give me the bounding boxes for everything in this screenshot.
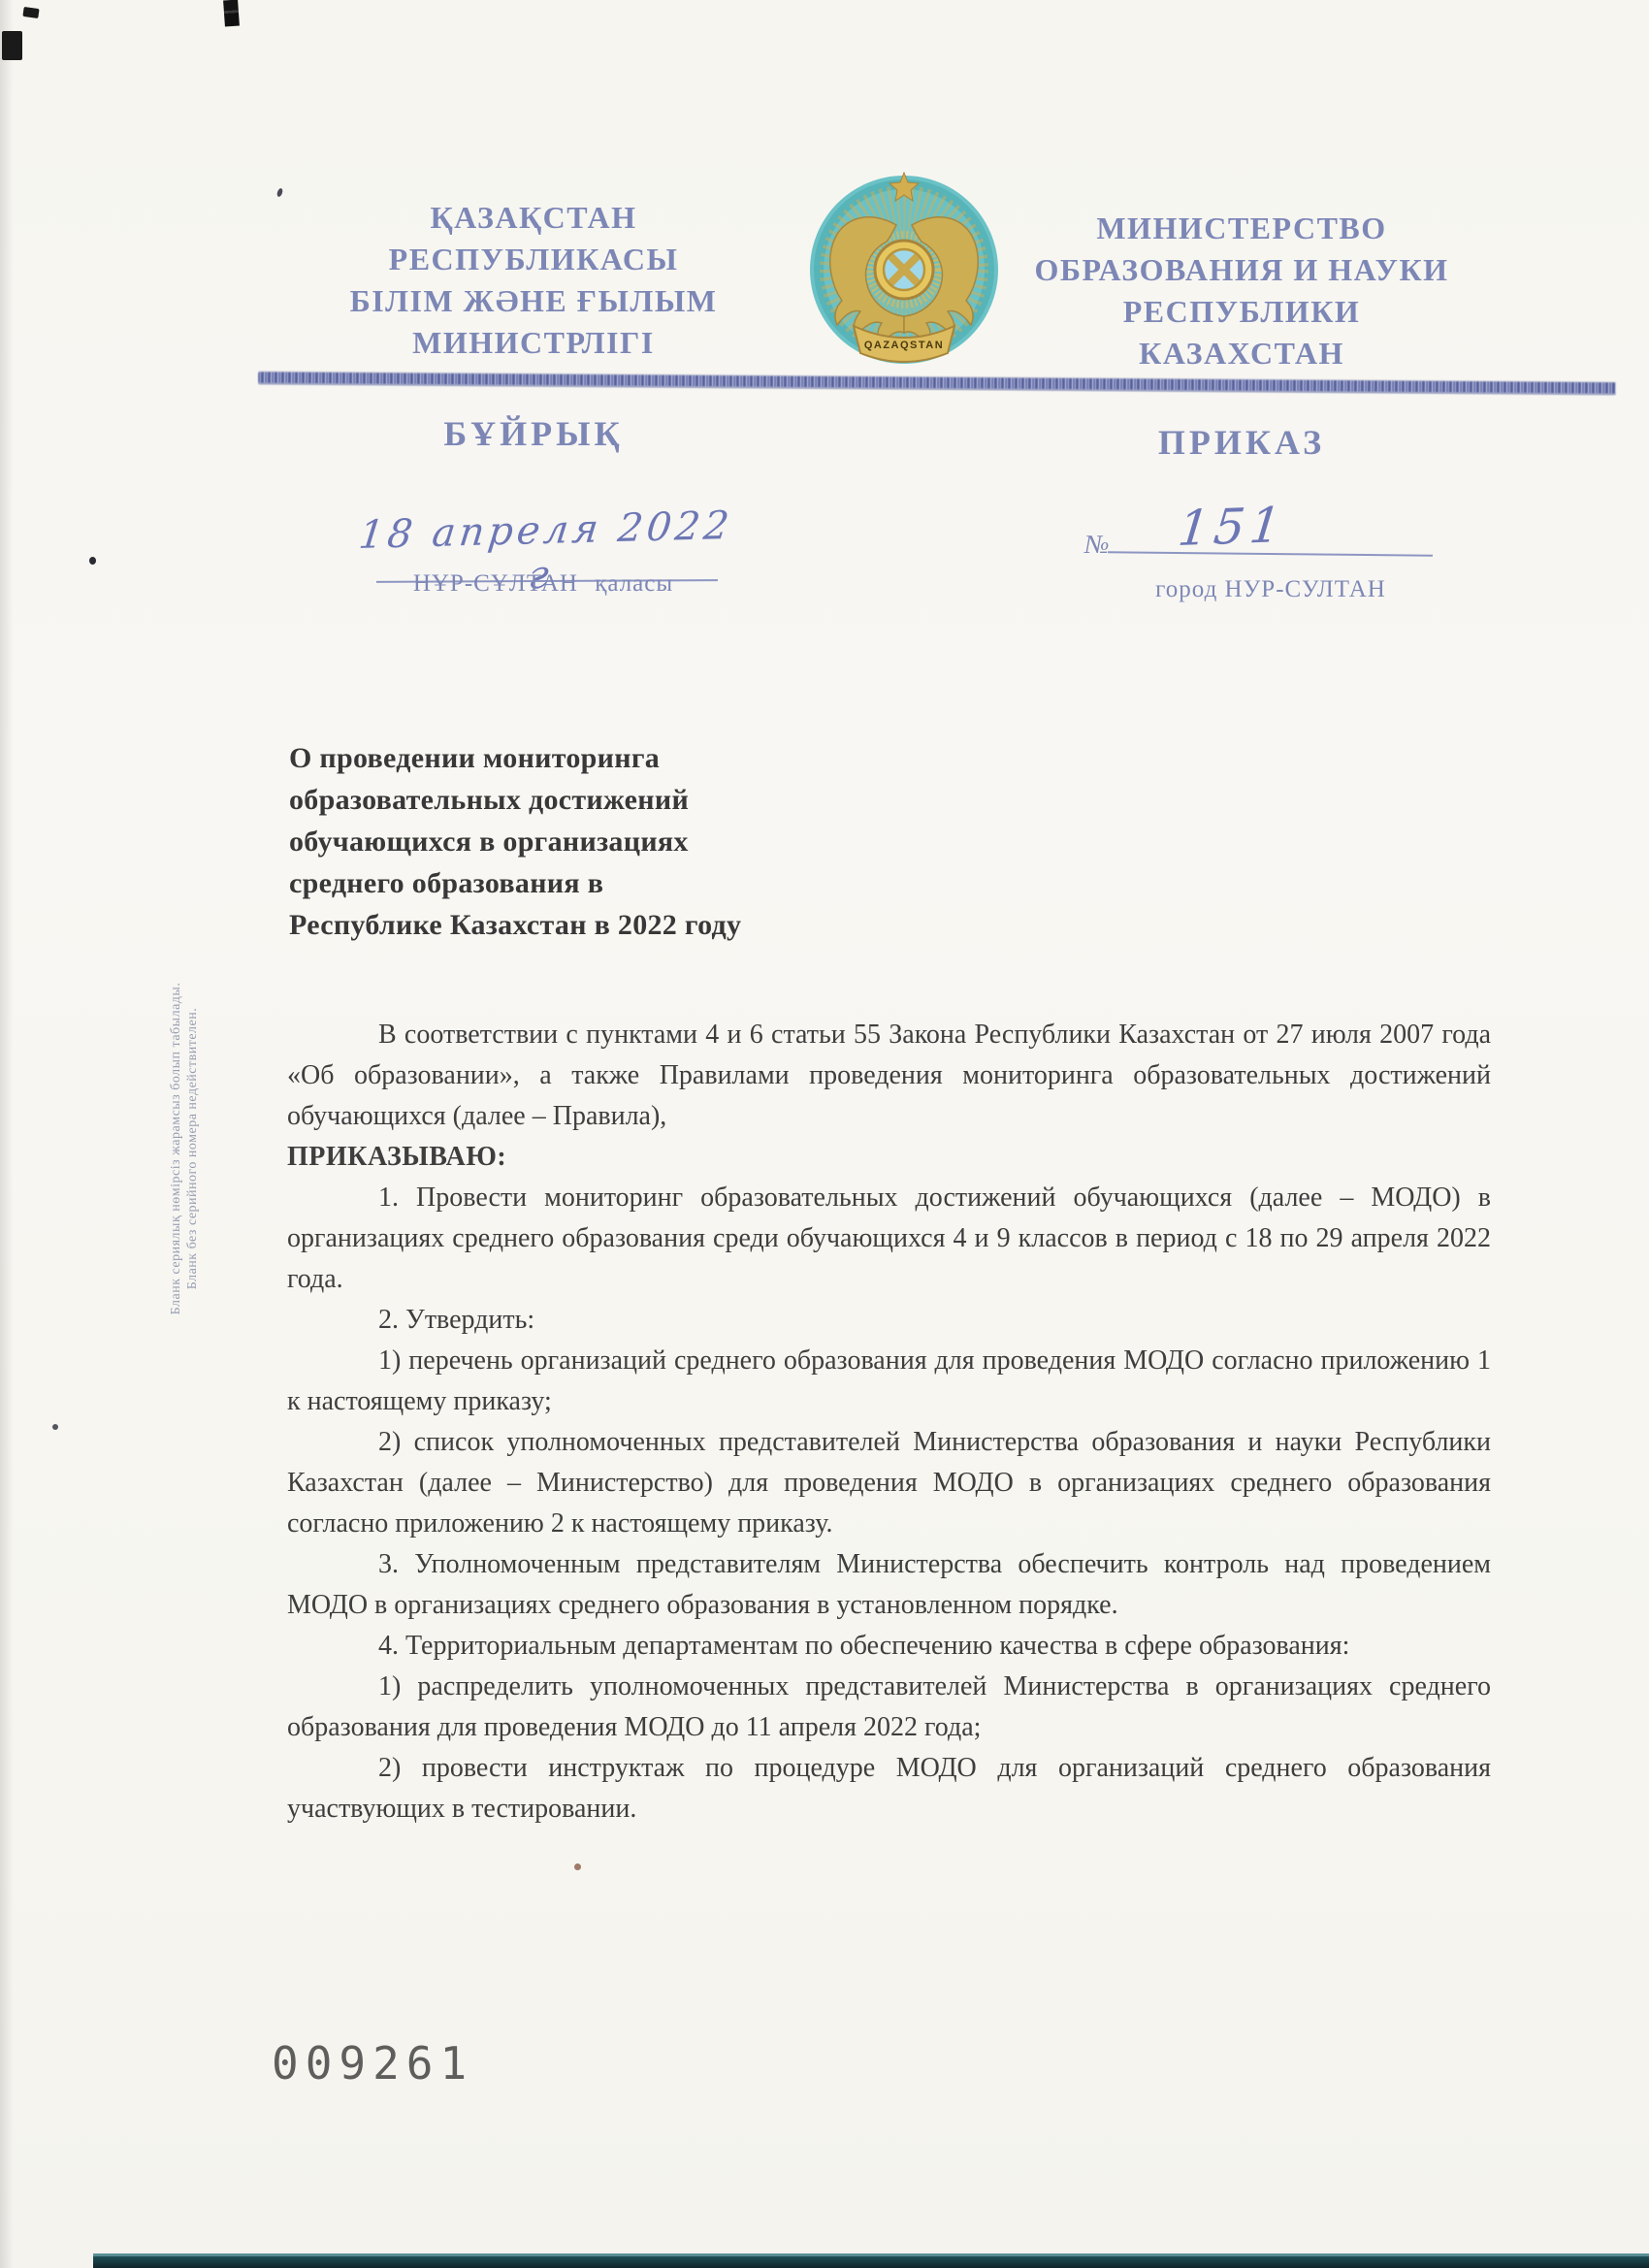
ministry-name-kazakh: ҚАЗАҚСТАН РЕСПУБЛИКАСЫ БІЛІМ ЖӘНЕ ҒЫЛЫМ … — [262, 197, 805, 364]
emblem-banner-text: QAZAQSTAN — [864, 340, 944, 351]
title-line: образовательных достижений — [289, 779, 910, 821]
scanned-order-page: ҚАЗАҚСТАН РЕСПУБЛИКАСЫ БІЛІМ ЖӘНЕ ҒЫЛЫМ … — [0, 0, 1649, 2268]
body-paragraph: 2. Утвердить: — [287, 1300, 1491, 1341]
scan-artifact — [22, 7, 39, 18]
ministry-name-russian: МИНИСТЕРСТВО ОБРАЗОВАНИЯ И НАУКИ РЕСПУБЛ… — [989, 208, 1494, 374]
body-paragraph: 4. Территориальным департаментам по обес… — [287, 1626, 1491, 1667]
body-paragraph: 1. Провести мониторинг образовательных д… — [287, 1178, 1491, 1300]
org-line: РЕСПУБЛИКИ — [989, 291, 1494, 333]
title-line: Республике Казахстан в 2022 году — [289, 904, 910, 946]
org-line: МИНИСТЕРСТВО — [989, 208, 1494, 249]
body-paragraph: 1) перечень организаций среднего образов… — [287, 1341, 1491, 1422]
city-kazakh: НҰР-СҰЛТАН қаласы — [291, 570, 795, 598]
blank-serial-number: 009261 — [272, 2037, 473, 2090]
title-line: обучающихся в организациях — [289, 821, 910, 862]
kazakhstan-coat-of-arms-icon: QAZAQSTAN — [807, 169, 1001, 374]
number-sign: № — [1084, 530, 1109, 560]
body-paragraph: В соответствии с пунктами 4 и 6 статьи 5… — [287, 1015, 1491, 1137]
doc-type-russian: ПРИКАЗ — [999, 422, 1484, 463]
scan-artifact — [52, 1424, 58, 1430]
body-paragraph: 2) провести инструктаж по процедуре МОДО… — [287, 1748, 1491, 1830]
doc-type-kazakh: БҰЙРЫҚ — [262, 413, 805, 454]
title-line: среднего образования в — [289, 862, 910, 904]
scan-artifact — [574, 1863, 581, 1870]
document-title: О проведении мониторинга образовательных… — [289, 737, 910, 946]
scan-edge-strip — [93, 2253, 1649, 2268]
city-russian: город НУР-СУЛТАН — [1067, 576, 1474, 603]
org-line: МИНИСТРЛІГІ — [262, 322, 805, 364]
body-paragraph: 1) распределить уполномоченных представи… — [287, 1667, 1491, 1748]
body-paragraph: 2) список уполномоченных представителей … — [287, 1422, 1491, 1544]
title-line: О проведении мониторинга — [289, 737, 910, 779]
org-line: ОБРАЗОВАНИЯ И НАУКИ — [989, 249, 1494, 291]
org-line: РЕСПУБЛИКАСЫ — [262, 239, 805, 280]
scan-artifact — [89, 557, 96, 565]
microtext-security-rule — [258, 373, 1616, 394]
side-note-line: Бланк сериялық нөмірсіз жарамсыз болып т… — [168, 983, 184, 1315]
scan-artifact — [223, 0, 240, 26]
org-line: КАЗАХСТАН — [989, 333, 1494, 374]
handwritten-number: 151 — [1151, 496, 1312, 558]
body-paragraph: 3. Уполномоченным представителям Министе… — [287, 1544, 1491, 1626]
scan-artifact — [2, 31, 22, 60]
org-line: ҚАЗАҚСТАН — [262, 197, 805, 239]
org-line: БІЛІМ ЖӘНЕ ҒЫЛЫМ — [262, 280, 805, 322]
document-body: В соответствии с пунктами 4 и 6 статьи 5… — [287, 1015, 1491, 1830]
side-note-line: Бланк без серийного номера недействителе… — [184, 983, 201, 1315]
body-paragraph-prikazyvaiu: ПРИКАЗЫВАЮ: — [287, 1137, 1491, 1178]
